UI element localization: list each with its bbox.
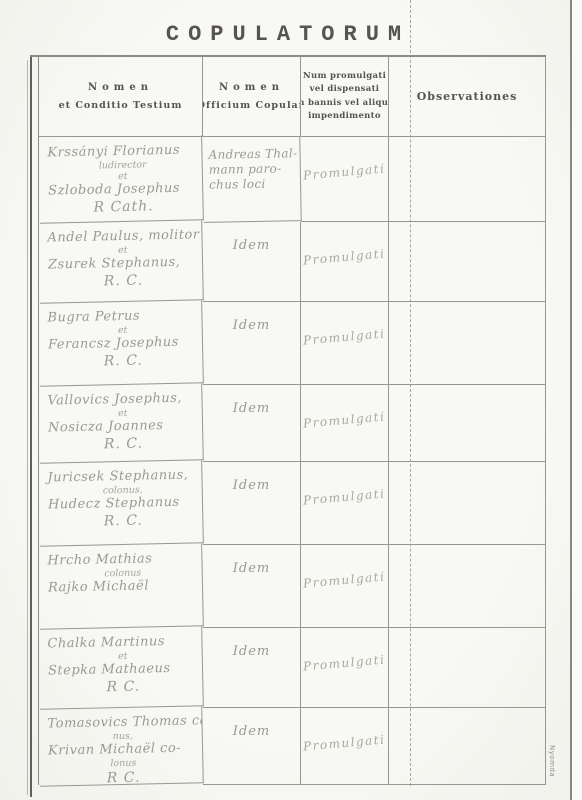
banns-entry: Promulgati (303, 161, 386, 182)
row2-observations (389, 222, 546, 302)
witness-line: Tomasovics Thomas colo- (47, 713, 197, 732)
witness-religion: R C. (48, 676, 198, 697)
header-banns-line2: vel dispensati (310, 83, 380, 96)
banns-entry: Promulgati (303, 652, 386, 673)
row3-banns: Promulgati (301, 302, 389, 385)
header-witnesses-sub: et Conditio Testium (59, 100, 183, 111)
banns-entry: Promulgati (303, 409, 386, 430)
row7-officiant: Idem (203, 628, 301, 708)
register-table: Nomen et Conditio Testium Nomen et Offic… (38, 57, 545, 785)
row6-witnesses: Hrcho Mathias colonus Rajko Michaël (38, 543, 204, 629)
header-observations-label: Observationes (417, 90, 518, 103)
header-witnesses-nomen: Nomen (88, 82, 153, 93)
witness-line: Hudecz Stephanus (48, 494, 198, 513)
header-banns: Num promulgati vel dispensati in bannis … (301, 57, 389, 137)
officiant-line: Idem (203, 302, 300, 333)
row5-banns: Promulgati (301, 462, 389, 545)
header-banns-line1: Num promulgati (303, 70, 386, 83)
header-officiant-nomen: Nomen (219, 82, 284, 93)
row4-witnesses: Vallovics Josephus, et Nosicza Joannes R… (38, 383, 204, 463)
witness-religion: R. C. (48, 270, 198, 291)
officiant-line: Idem (203, 385, 300, 416)
row2-witnesses: Andel Paulus, molitor et Zsurek Stephanu… (38, 220, 204, 303)
header-observations: Observationes (389, 57, 546, 137)
officiant-line: chus loci (209, 176, 298, 193)
scan-gutter-line (30, 57, 32, 797)
witness-religion: R. C. (48, 510, 198, 531)
row8-observations (389, 708, 546, 785)
header-witnesses: Nomen et Conditio Testium (39, 57, 203, 137)
row1-officiant: Andreas Thal- mann paro- chus loci (202, 136, 301, 223)
witness-line: Andel Paulus, molitor (47, 227, 197, 246)
row2-officiant: Idem (203, 222, 301, 302)
officiant-line: Idem (203, 545, 300, 576)
header-officiant: Nomen et Officium Copulantis (203, 57, 301, 137)
row2-banns: Promulgati (301, 222, 389, 302)
row3-witnesses: Bugra Petrus et Ferancsz Josephus R. C. (38, 300, 204, 386)
witness-line: Vallovics Josephus, (47, 390, 197, 409)
witness-line: Rajko Michaël (48, 577, 198, 596)
banns-entry: Promulgati (303, 246, 386, 267)
row7-banns: Promulgati (301, 628, 389, 708)
witness-line: Zsurek Stephanus, (48, 254, 198, 273)
row5-officiant: Idem (203, 462, 301, 545)
scan-right-margin (572, 0, 582, 800)
officiant-line: Idem (203, 708, 300, 739)
row8-banns: Promulgati (301, 708, 389, 785)
witness-religion: R C. (48, 767, 198, 786)
row5-observations (389, 462, 546, 545)
printer-edge-mark: Nyomda (548, 745, 556, 777)
officiant-line: Idem (203, 222, 300, 253)
banns-entry: Promulgati (303, 486, 386, 507)
row1-witnesses: Krssányi Florianus ludirector et Szlobod… (38, 135, 204, 223)
scan-right-edge-line (570, 0, 572, 800)
witness-religion: R. C. (48, 433, 198, 454)
row1-banns: Promulgati (301, 137, 389, 222)
scan-gutter-line-faint (27, 60, 28, 795)
row7-witnesses: Chalka Martinus et Stepka Mathaeus R C. (38, 626, 204, 709)
banns-entry: Promulgati (303, 569, 386, 590)
row7-observations (389, 628, 546, 708)
row3-officiant: Idem (203, 302, 301, 385)
officiant-line: Idem (203, 628, 300, 659)
witness-line: Szloboda Josephus (48, 180, 198, 199)
row6-banns: Promulgati (301, 545, 389, 628)
row4-officiant: Idem (203, 385, 301, 462)
banns-entry: Promulgati (303, 326, 386, 347)
officiant-line: mann paro- (209, 161, 298, 178)
witness-religion: R Cath. (48, 196, 198, 217)
row8-witnesses: Tomasovics Thomas colo- nus, Krivan Mich… (38, 706, 204, 786)
row1-observations (389, 137, 546, 222)
witness-line: Krivan Michaël co- (48, 740, 198, 759)
witness-religion: R. C. (48, 350, 198, 371)
officiant-line: Idem (203, 462, 300, 493)
page-title: COPULATORUM (30, 22, 546, 47)
header-banns-line3: in bannis vel aliquo (301, 97, 389, 110)
row8-officiant: Idem (203, 708, 301, 785)
row4-banns: Promulgati (301, 385, 389, 462)
row5-witnesses: Juricsek Stephanus, colonus, Hudecz Step… (38, 460, 204, 546)
row3-observations (389, 302, 546, 385)
witness-line: Ferancsz Josephus (48, 334, 198, 353)
header-officiant-sub: et Officium Copulantis (203, 100, 301, 111)
banns-entry: Promulgati (303, 732, 386, 753)
witness-line: Juricsek Stephanus, (47, 467, 197, 486)
row6-observations (389, 545, 546, 628)
header-banns-line4: impendimento (308, 110, 381, 123)
scanned-register-page: COPULATORUM Nomen et Conditio Testium No… (0, 0, 582, 800)
row4-observations (389, 385, 546, 462)
witness-line: Krssányi Florianus (47, 142, 197, 161)
officiant-line: Andreas Thal- (208, 146, 297, 163)
row6-officiant: Idem (203, 545, 301, 628)
